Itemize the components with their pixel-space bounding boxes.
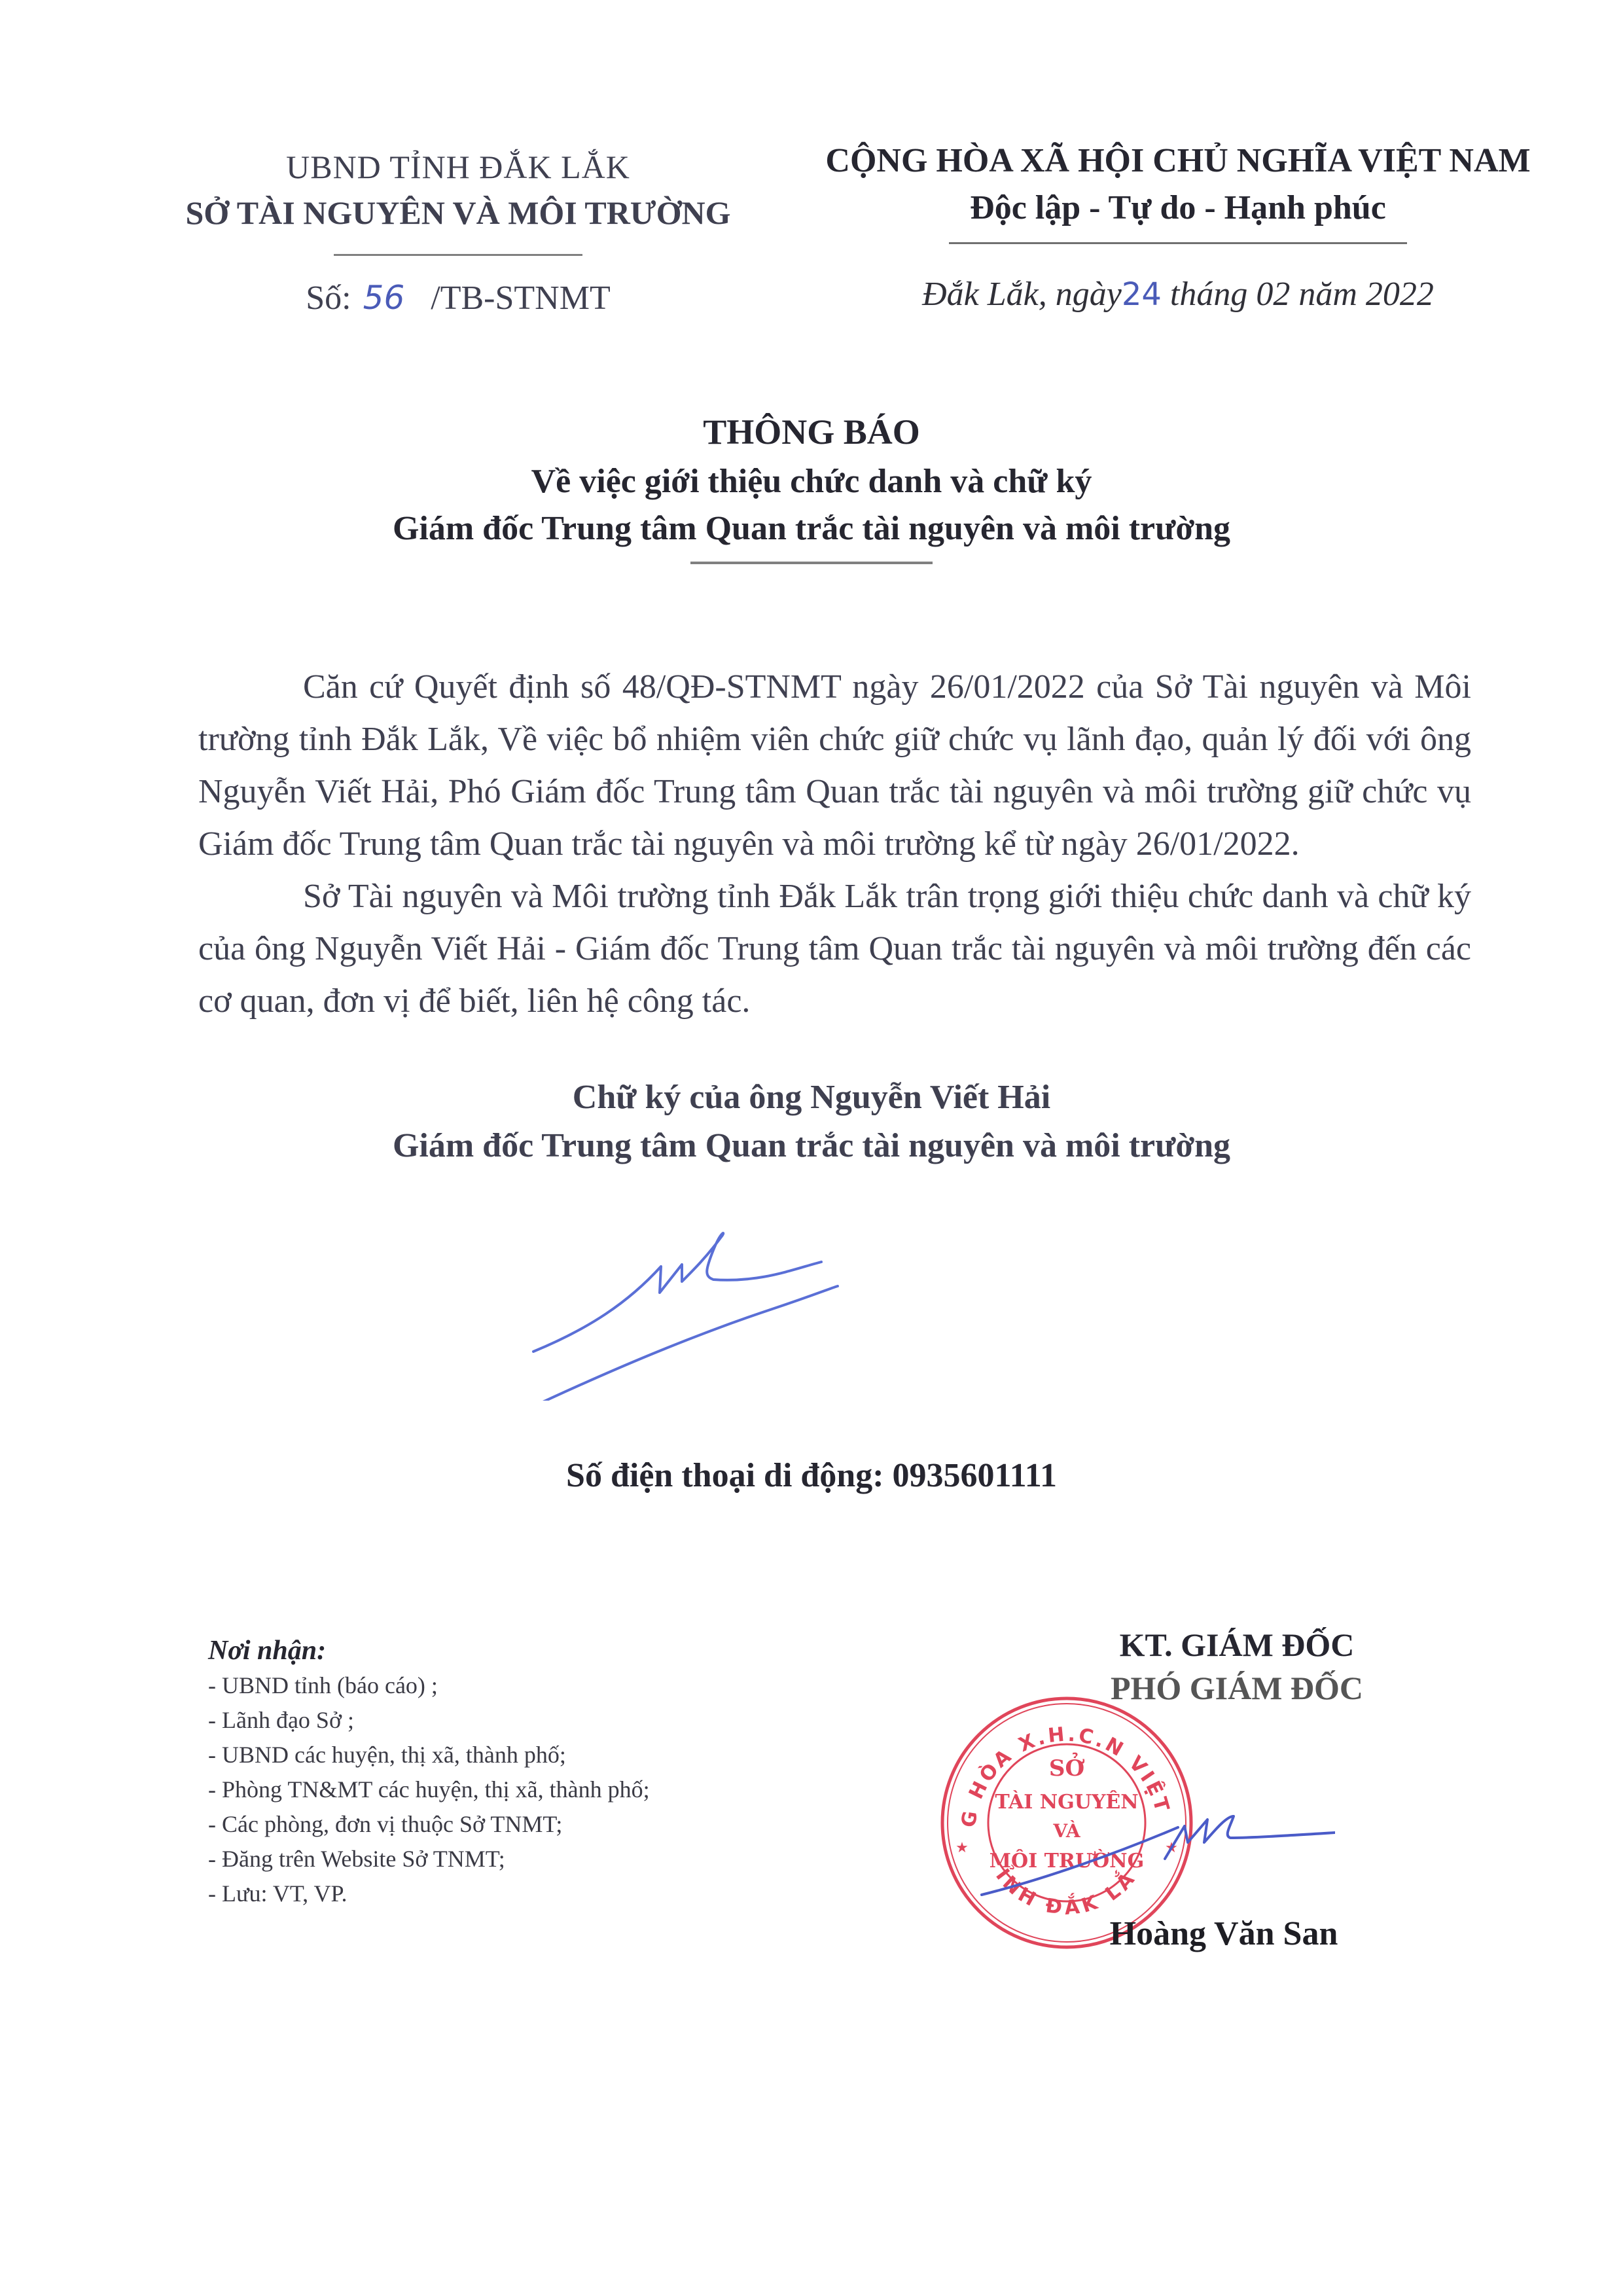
recipient-item: - Lãnh đạo Sở ; (208, 1703, 797, 1738)
document-number: Số:56/TB-STNMT (131, 275, 785, 321)
sample-signature-icon (510, 1204, 1099, 1401)
signature-caption-line-2: Giám đốc Trung tâm Quan trắc tài nguyên … (131, 1122, 1492, 1170)
recipient-item: - UBND các huyện, thị xã, thành phố; (208, 1738, 797, 1772)
phone-line: Số điện thoại di động: 0935601111 (131, 1456, 1492, 1495)
document-title-block: THÔNG BÁO Về việc giới thiệu chức danh v… (131, 406, 1492, 564)
recipients-heading: Nơi nhận: (208, 1633, 797, 1668)
phone-label: Số điện thoại di động: (566, 1457, 884, 1494)
recipient-item: - Phòng TN&MT các huyện, thị xã, thành p… (208, 1772, 797, 1807)
national-motto-header: CỘNG HÒA XÃ HỘI CHỦ NGHĨA VIỆT NAM Độc l… (785, 137, 1571, 244)
title-divider (690, 562, 933, 564)
number-prefix: Số: (306, 279, 351, 317)
approver-signature-icon (969, 1754, 1335, 1911)
phone-number: 0935601111 (893, 1457, 1057, 1494)
recipients-block: Nơi nhận: - UBND tỉnh (báo cáo) ; - Lãnh… (208, 1633, 797, 1911)
header-left-divider (334, 254, 582, 256)
date-day-handwritten: 24 (1122, 276, 1162, 313)
body-paragraph: Sở Tài nguyên và Môi trường tỉnh Đắk Lắk… (198, 870, 1471, 1028)
document-type-heading: THÔNG BÁO (131, 406, 1492, 458)
place-and-date: Đắk Lắk, ngày24 tháng 02 năm 2022 (785, 272, 1571, 317)
date-suffix: tháng 02 năm 2022 (1170, 276, 1434, 313)
issuing-agency-header: UBND TỈNH ĐẮK LẮK SỞ TÀI NGUYÊN VÀ MÔI T… (131, 144, 785, 256)
body-paragraph: Căn cứ Quyết định số 48/QĐ-STNMT ngày 26… (198, 661, 1471, 870)
department-name: SỞ TÀI NGUYÊN VÀ MÔI TRƯỜNG (131, 190, 785, 236)
number-handwritten: 56 (363, 279, 405, 317)
recipient-item: - Đăng trên Website Sở TNMT; (208, 1842, 797, 1876)
subject-line-1: Về việc giới thiệu chức danh và chữ ký (131, 458, 1492, 505)
recipients-list: - UBND tỉnh (báo cáo) ; - Lãnh đạo Sở ; … (208, 1668, 797, 1911)
recipient-item: - Lưu: VT, VP. (208, 1876, 797, 1911)
signer-authority: KT. GIÁM ĐỐC (1008, 1623, 1466, 1666)
signature-caption-line-1: Chữ ký của ông Nguyễn Viết Hải (131, 1073, 1492, 1122)
date-prefix: Đắk Lắk, ngày (922, 276, 1122, 313)
recipient-item: - UBND tỉnh (báo cáo) ; (208, 1668, 797, 1703)
province-committee: UBND TỈNH ĐẮK LẮK (131, 144, 785, 190)
signer-name: Hoàng Văn San (1060, 1914, 1387, 1953)
subject-line-2: Giám đốc Trung tâm Quan trắc tài nguyên … (131, 505, 1492, 552)
number-suffix: /TB-STNMT (431, 279, 610, 317)
svg-text:★: ★ (955, 1840, 969, 1856)
signature-caption: Chữ ký của ông Nguyễn Viết Hải Giám đốc … (131, 1073, 1492, 1170)
document-body: Căn cứ Quyết định số 48/QĐ-STNMT ngày 26… (198, 661, 1471, 1028)
country-name: CỘNG HÒA XÃ HỘI CHỦ NGHĨA VIỆT NAM (785, 137, 1571, 185)
header-right-divider (949, 242, 1407, 244)
national-motto: Độc lập - Tự do - Hạnh phúc (785, 185, 1571, 232)
recipient-item: - Các phòng, đơn vị thuộc Sở TNMT; (208, 1807, 797, 1842)
